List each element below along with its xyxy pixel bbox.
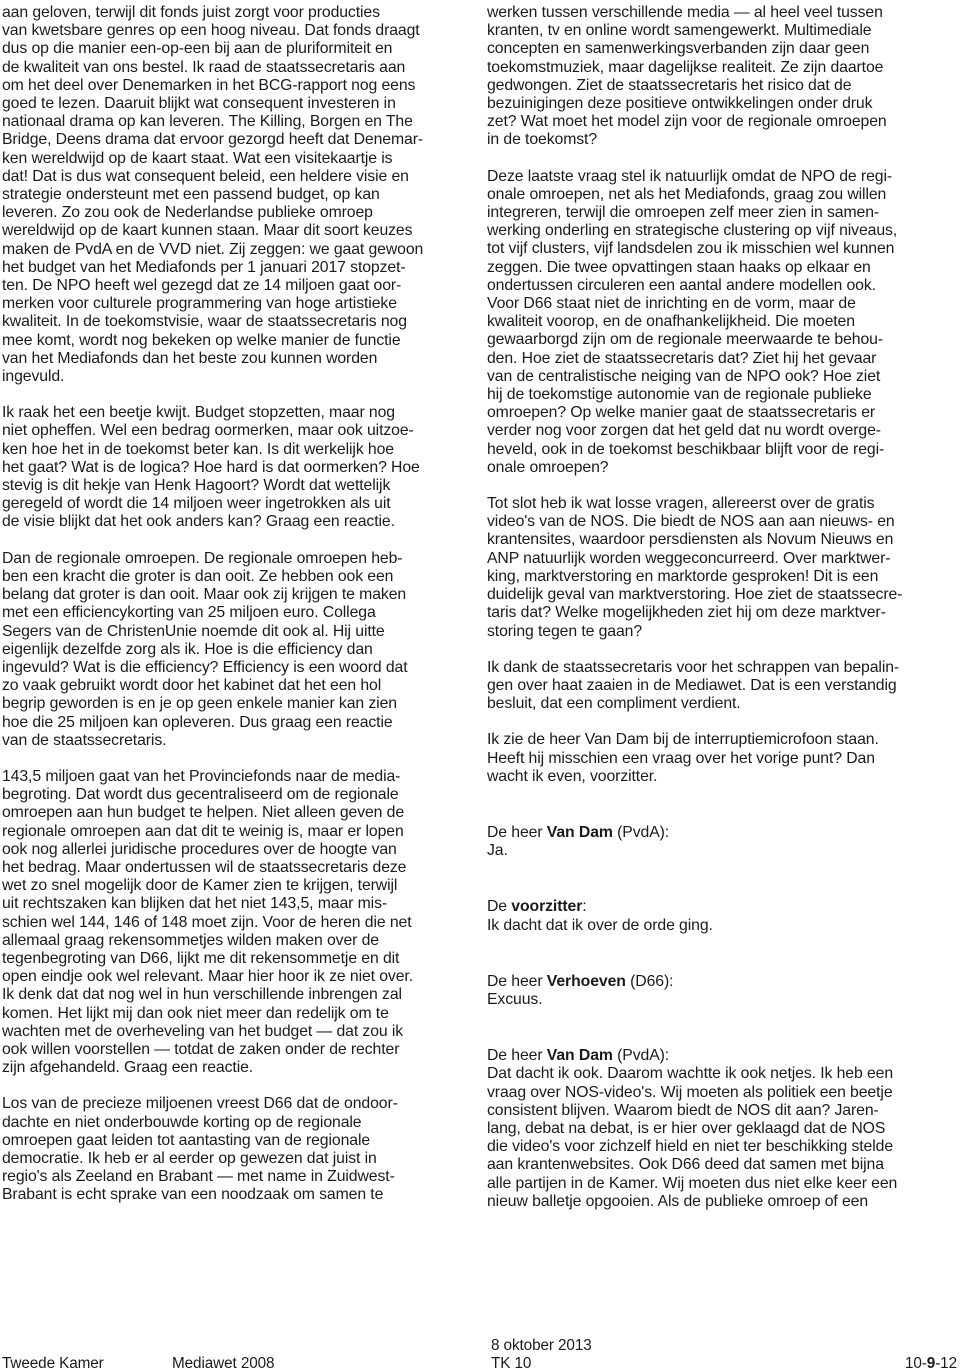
text-column-left: aan geloven, terwijl dit fonds juist zor… — [2, 4, 478, 1205]
speaker-heading: De voorzitter: — [487, 898, 958, 916]
footer-date: 8 oktober 2013 — [491, 1337, 592, 1355]
page-ref-issue: 9 — [927, 1355, 935, 1372]
speaker-prefix: De — [487, 898, 511, 915]
paragraph: Ik zie de heer Van Dam bij de interrupti… — [487, 731, 958, 786]
speaker-party: (PvdA): — [613, 824, 669, 841]
paragraph-text: Ik zie de heer Van Dam bij de interrupti… — [487, 731, 958, 786]
paragraph: Deze laatste vraag stel ik natuurlijk om… — [487, 168, 958, 477]
speaker-name: voorzitter — [511, 898, 582, 915]
paragraph: 143,5 miljoen gaat van het Provinciefond… — [2, 768, 478, 1077]
footer-page-reference: 10-9-12 — [905, 1355, 957, 1372]
paragraph: aan geloven, terwijl dit fonds juist zor… — [2, 4, 478, 386]
speaker-prefix: De heer — [487, 1047, 547, 1064]
speaker-prefix: De heer — [487, 973, 547, 990]
paragraph-text: Ik dacht dat ik over de orde ging. — [487, 917, 958, 935]
document-page: aan geloven, terwijl dit fonds juist zor… — [0, 0, 960, 1372]
paragraph: Los van de precieze miljoenen vreest D66… — [2, 1095, 478, 1204]
speaker-prefix: De heer — [487, 824, 547, 841]
paragraph: Dan de regionale omroepen. De regionale … — [2, 550, 478, 750]
paragraph-text: Ja. — [487, 842, 958, 860]
speaker-heading: De heer Van Dam (PvdA): — [487, 1047, 958, 1065]
footer-chamber: Tweede Kamer — [2, 1355, 104, 1372]
speaker-party: : — [582, 898, 586, 915]
speaker-block: De voorzitter:Ik dacht dat ik over de or… — [487, 898, 958, 934]
paragraph-text: Excuus. — [487, 991, 958, 1009]
paragraph-text: Dan de regionale omroepen. De regionale … — [2, 550, 478, 750]
paragraph: werken tussen verschillende media — al h… — [487, 4, 958, 150]
speaker-party: (D66): — [626, 973, 674, 990]
paragraph-text: werken tussen verschillende media — al h… — [487, 4, 958, 150]
speaker-name: Verhoeven — [547, 973, 626, 990]
paragraph-text: 143,5 miljoen gaat van het Provinciefond… — [2, 768, 478, 1077]
speaker-block: De heer Van Dam (PvdA):Dat dacht ik ook.… — [487, 1047, 958, 1211]
footer-session: TK 10 — [491, 1355, 531, 1372]
page-ref-prefix: 10- — [905, 1355, 927, 1372]
text-column-right: werken tussen verschillende media — al h… — [487, 4, 958, 1211]
paragraph: Ik raak het een beetje kwijt. Budget sto… — [2, 404, 478, 531]
speaker-party: (PvdA): — [613, 1047, 669, 1064]
paragraph-text: Dat dacht ik ook. Daarom wachtte ik ook … — [487, 1065, 958, 1211]
page-ref-suffix: -12 — [935, 1355, 957, 1372]
paragraph-text: Deze laatste vraag stel ik natuurlijk om… — [487, 168, 958, 477]
paragraph-text: Los van de precieze miljoenen vreest D66… — [2, 1095, 478, 1204]
paragraph-text: Ik raak het een beetje kwijt. Budget sto… — [2, 404, 478, 531]
paragraph: Tot slot heb ik wat losse vragen, allere… — [487, 495, 958, 641]
footer-subject: Mediawet 2008 — [172, 1355, 274, 1372]
speaker-heading: De heer Verhoeven (D66): — [487, 973, 958, 991]
speaker-name: Van Dam — [547, 824, 613, 841]
speaker-name: Van Dam — [547, 1047, 613, 1064]
paragraph-text: aan geloven, terwijl dit fonds juist zor… — [2, 4, 478, 386]
speaker-block: De heer Verhoeven (D66):Excuus. — [487, 973, 958, 1009]
speaker-heading: De heer Van Dam (PvdA): — [487, 824, 958, 842]
paragraph: Ik dank de staatssecretaris voor het sch… — [487, 659, 958, 714]
speaker-block: De heer Van Dam (PvdA):Ja. — [487, 824, 958, 860]
paragraph-text: Ik dank de staatssecretaris voor het sch… — [487, 659, 958, 714]
paragraph-text: Tot slot heb ik wat losse vragen, allere… — [487, 495, 958, 641]
